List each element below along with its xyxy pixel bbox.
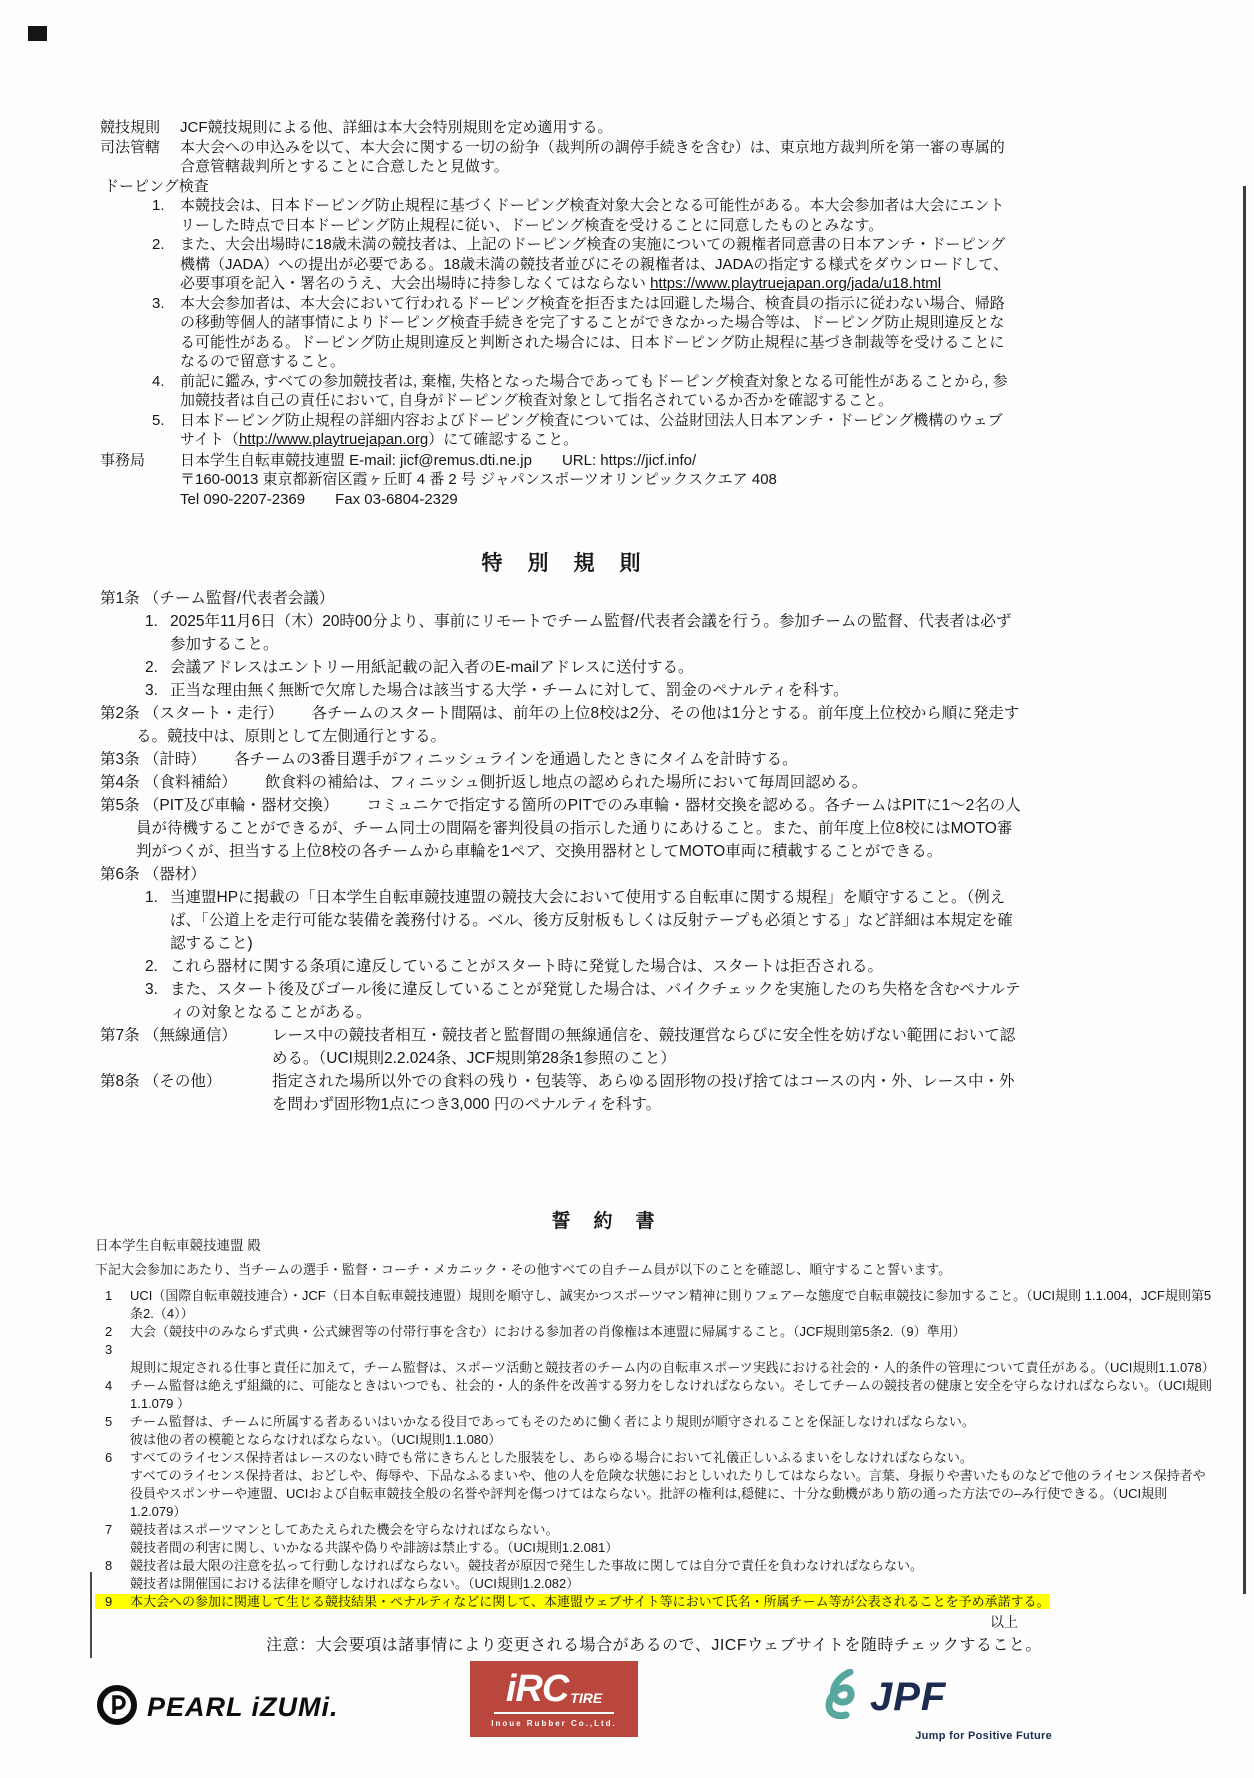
highlighted-text: 9本大会への参加に関連して生じる競技結果・ペナルティなどに関して、本連盟ウェブサ… — [95, 1594, 1050, 1609]
document-page: 競技規則JCF競技規則による他、詳細は本大会特別規則を定め適用する。司法管轄本大… — [0, 0, 1254, 1778]
general-rules-section: 競技規則JCF競技規則による他、詳細は本大会特別規則を定め適用する。司法管轄本大… — [100, 118, 1016, 509]
pledge-intro: 下記大会参加にあたり、当チームの選手・監督・コーチ・メカニック・その他すべての自… — [95, 1261, 1213, 1279]
item-text: 前記に鑑み, すべての参加競技者は, 棄権, 失格となった場合であってもドーピン… — [180, 373, 1008, 410]
doping-item: 4.前記に鑑み, すべての参加競技者は, 棄権, 失格となった場合であってもドー… — [100, 372, 1016, 411]
rule-label: 競技規則 — [100, 118, 180, 138]
jpf-row: JPF — [822, 1669, 1052, 1724]
article-item: 3.また、スタート後及びゴール後に違反していることが発覚した場合は、バイクチェッ… — [100, 978, 1024, 1024]
scan-corner-mark — [28, 26, 47, 41]
article: 第8条 （その他）指定された場所以外での食料の残り・包装等、あらゆる固形物の投げ… — [100, 1070, 1024, 1116]
item-number: 5. — [100, 411, 180, 431]
jpf-ribbon-icon — [822, 1669, 864, 1724]
pledge-closing: 以上 — [95, 1613, 1213, 1631]
item-number: 3 — [95, 1341, 130, 1359]
item-number: 1 — [95, 1287, 130, 1305]
change-notice: 注意：大会要項は諸事情により変更される場合があるので、JICFウェブサイトを随時… — [95, 1637, 1213, 1655]
pledge-item: 6すべてのライセンス保持者はレースのない時でも常にきちんとした服装をし、あらゆる… — [95, 1449, 1213, 1521]
article: 第6条 （器材）1.当連盟HPに掲載の「日本学生自転車競技連盟の競技大会において… — [100, 863, 1024, 1024]
office-line: 〒160-0013 東京都新宿区霞ヶ丘町 4 番 2 号 ジャパンスポーツオリン… — [180, 470, 1016, 490]
article-label: 第1条 （チーム監督/代表者会議） — [100, 590, 334, 607]
item-text: また、スタート後及びゴール後に違反していることが発覚した場合は、バイクチェックを… — [170, 981, 1021, 1021]
office-line: Tel 090-2207-2369 Fax 03-6804-2329 — [180, 490, 1016, 510]
item-number: 2. — [100, 955, 170, 978]
article-label: 第6条 （器材） — [100, 866, 206, 883]
rule-label: 司法管轄 — [100, 138, 180, 177]
article: 第4条 （食料補給）飲食料の補給は、フィニッシュ側折返し地点の認められた場所にお… — [100, 771, 1024, 794]
office-line: 日本学生自転車競技連盟 E-mail: jicf@remus.dti.ne.jp… — [180, 451, 1016, 471]
item-text: 正当な理由無く無断で欠席した場合は該当する大学・チームに対して、罰金のペナルティ… — [170, 682, 848, 699]
irc-tire-logo: iRC TIRE Inoue Rubber Co.,Ltd. — [470, 1661, 638, 1737]
pledge-heading: 誓 約 書 — [95, 1213, 1113, 1231]
article-label: 第2条 （スタート・走行） — [100, 705, 283, 722]
item-text: すべてのライセンス保持者はレースのない時でも常にきちんとした服装をし、あらゆる場… — [130, 1450, 1206, 1519]
article-item: 1.当連盟HPに掲載の「日本学生自転車競技連盟の競技大会において使用する自転車に… — [100, 886, 1024, 955]
irc-tire-text: TIRE — [570, 1691, 602, 1705]
office-row: 事務局日本学生自転車競技連盟 E-mail: jicf@remus.dti.ne… — [100, 451, 1016, 510]
item-number: 8 — [95, 1557, 130, 1575]
doping-item: 3.本大会参加者は、本大会において行われるドーピング検査を拒否または回避した場合… — [100, 294, 1016, 372]
article-label: 第5条 （PIT及び車輪・器材交換） — [100, 797, 339, 814]
article: 第7条 （無線通信）レース中の競技者相互・競技者と監督間の無線通信を、競技運営な… — [100, 1024, 1024, 1070]
article-body: 第5条 （PIT及び車輪・器材交換）コミュニケで指定する箇所のPITでのみ車輪・… — [100, 794, 1024, 863]
pledge-item: 3規則に規定される仕事と責任に加えて，チーム監督は、スポーツ活動と競技者のチーム… — [95, 1341, 1213, 1377]
doping-item: 2.また、大会出場時に18歳未満の競技者は、上記のドーピング検査の実施についての… — [100, 235, 1016, 294]
item-text: UCI（国際自転車競技連合）・JCF（日本自転車競技連盟）規則を順守し、誠実かつ… — [130, 1288, 1211, 1321]
item-text: 2025年11月6日（木）20時00分より、事前にリモートでチーム監督/代表者会… — [170, 613, 1011, 653]
article-heading: 第6条 （器材） — [100, 863, 1024, 886]
item-number: 5 — [95, 1413, 130, 1431]
article-body: 第2条 （スタート・走行）各チームのスタート間隔は、前年の上位8校は2分、その他… — [100, 702, 1024, 748]
pearl-izumi-logo: PEARL iZUMi. — [95, 1683, 339, 1732]
item-text: チーム監督は、チームに所属する者あるいはいかなる役目であってもそのために働く者に… — [130, 1414, 975, 1447]
pledge-item-list: 1UCI（国際自転車競技連合）・JCF（日本自転車競技連盟）規則を順守し、誠実か… — [95, 1287, 1213, 1611]
item-number: 4. — [100, 372, 180, 392]
special-rules-section: 特 別 規 則 第1条 （チーム監督/代表者会議）1.2025年11月6日（木）… — [100, 552, 1024, 1116]
irc-divider — [494, 1712, 614, 1714]
article-label: 第7条 （無線通信） — [100, 1024, 272, 1047]
rule-text: JCF競技規則による他、詳細は本大会特別規則を定め適用する。 — [180, 118, 1016, 138]
doping-heading: ドーピング検査 — [104, 177, 1016, 197]
doping-item: 1.本競技会は、日本ドーピング防止規程に基づくドーピング検査対象大会となる可能性… — [100, 196, 1016, 235]
article-body: 第3条 （計時）各チームの3番目選手がフィニッシュラインを通過したときにタイムを… — [100, 748, 1024, 771]
item-number: 1. — [100, 196, 180, 216]
scan-edge-line-left — [90, 1572, 92, 1658]
pledge-addressee: 日本学生自転車競技連盟 殿 — [95, 1237, 1213, 1255]
item-text: 本競技会は、日本ドーピング防止規程に基づくドーピング検査対象大会となる可能性があ… — [180, 197, 1004, 234]
item-text: 当連盟HPに掲載の「日本学生自転車競技連盟の競技大会において使用する自転車に関す… — [170, 889, 1013, 952]
article: 第3条 （計時）各チームの3番目選手がフィニッシュラインを通過したときにタイムを… — [100, 748, 1024, 771]
item-number: 2. — [100, 656, 170, 679]
item-text: 本大会参加者は、本大会において行われるドーピング検査を拒否または回避した場合、検… — [180, 295, 1005, 371]
item-number: 1. — [100, 886, 170, 909]
article: 第2条 （スタート・走行）各チームのスタート間隔は、前年の上位8校は2分、その他… — [100, 702, 1024, 748]
pledge-item: 8競技者は最大限の注意を払って行動しなければならない。競技者が原因で発生した事故… — [95, 1557, 1213, 1593]
rule-text: 本大会への申込みを以て、本大会に関する一切の紛争（裁判所の調停手続きを含む）は、… — [180, 138, 1016, 177]
irc-brandline: iRC TIRE — [506, 1670, 602, 1708]
external-link[interactable]: https://www.playtruejapan.org/jada/u18.h… — [650, 275, 941, 292]
item-text: また、大会出場時に18歳未満の競技者は、上記のドーピング検査の実施についての親権… — [180, 236, 1008, 292]
item-number: 3. — [100, 679, 170, 702]
pledge-item: 5チーム監督は、チームに所属する者あるいはいかなる役目であってもそのために働く者… — [95, 1413, 1213, 1449]
item-number: 4 — [95, 1377, 130, 1395]
office-lines: 日本学生自転車競技連盟 E-mail: jicf@remus.dti.ne.jp… — [180, 451, 1016, 510]
rule-row: 司法管轄本大会への申込みを以て、本大会に関する一切の紛争（裁判所の調停手続きを含… — [100, 138, 1016, 177]
external-link[interactable]: http://www.playtruejapan.org — [239, 431, 428, 448]
pledge-item: 4チーム監督は絶えず組織的に、可能なときはいつでも、社会的・人的条件を改善する努… — [95, 1377, 1213, 1413]
article-label: 第4条 （食料補給） — [100, 774, 237, 791]
pledge-section: 誓 約 書 日本学生自転車競技連盟 殿 下記大会参加にあたり、当チームの選手・監… — [95, 1213, 1213, 1655]
article-item: 3.正当な理由無く無断で欠席した場合は該当する大学・チームに対して、罰金のペナル… — [100, 679, 1024, 702]
pearl-izumi-icon — [95, 1683, 139, 1732]
item-text: 本大会への参加に関連して生じる競技結果・ペナルティなどに関して、本連盟ウェブサイ… — [130, 1594, 1050, 1609]
jpf-wordmark: JPF — [870, 1677, 946, 1717]
rule-row: 競技規則JCF競技規則による他、詳細は本大会特別規則を定め適用する。 — [100, 118, 1016, 138]
item-text: チーム監督は絶えず組織的に、可能なときはいつでも、社会的・人的条件を改善する努力… — [130, 1378, 1212, 1411]
article-item: 2.これら器材に関する条項に違反していることがスタート時に発覚した場合は、スター… — [100, 955, 1024, 978]
item-number: 2 — [95, 1323, 130, 1341]
item-number: 3. — [100, 294, 180, 314]
pledge-item: 2大会（競技中のみならず式典・公式練習等の付帯行事を含む）における参加者の肖像権… — [95, 1323, 1213, 1341]
article-body: 第7条 （無線通信）レース中の競技者相互・競技者と監督間の無線通信を、競技運営な… — [100, 1024, 1024, 1070]
scan-edge-line-right — [1243, 186, 1246, 1594]
jpf-logo: JPF Jump for Positive Future — [822, 1669, 1052, 1742]
item-number: 6 — [95, 1449, 130, 1467]
article-body: 第8条 （その他）指定された場所以外での食料の残り・包装等、あらゆる固形物の投げ… — [100, 1070, 1024, 1116]
pearl-izumi-wordmark: PEARL iZUMi. — [147, 1692, 339, 1723]
sponsor-logos-footer: PEARL iZUMi. iRC TIRE Inoue Rubber Co.,L… — [0, 1655, 1254, 1765]
item-number: 2. — [100, 235, 180, 255]
item-text: 日本ドーピング防止規程の詳細内容およびドーピング検査については、公益財団法人日本… — [180, 412, 1003, 449]
article: 第1条 （チーム監督/代表者会議）1.2025年11月6日（木）20時00分より… — [100, 587, 1024, 702]
item-text: 競技者はスポーツマンとしてあたえられた機会を守らなければならない。競技者間の利害… — [130, 1522, 618, 1555]
article-heading: 第1条 （チーム監督/代表者会議） — [100, 587, 1024, 610]
article-label: 第8条 （その他） — [100, 1070, 272, 1093]
articles-list: 第1条 （チーム監督/代表者会議）1.2025年11月6日（木）20時00分より… — [100, 587, 1024, 1116]
item-number: 9 — [95, 1593, 130, 1611]
rules-definition-list: 競技規則JCF競技規則による他、詳細は本大会特別規則を定め適用する。司法管轄本大… — [100, 118, 1016, 177]
irc-company-text: Inoue Rubber Co.,Ltd. — [491, 1719, 617, 1728]
doping-item: 5.日本ドーピング防止規程の詳細内容およびドーピング検査については、公益財団法人… — [100, 411, 1016, 450]
item-number: 7 — [95, 1521, 130, 1539]
irc-wordmark: iRC — [506, 1670, 568, 1708]
jpf-tagline: Jump for Positive Future — [822, 1730, 1052, 1742]
item-number: 1. — [100, 610, 170, 633]
pledge-item: 9本大会への参加に関連して生じる競技結果・ペナルティなどに関して、本連盟ウェブサ… — [95, 1593, 1213, 1611]
doping-item-list: 1.本競技会は、日本ドーピング防止規程に基づくドーピング検査対象大会となる可能性… — [100, 196, 1016, 450]
special-rules-heading: 特 別 規 則 — [100, 552, 1024, 575]
item-text: 競技者は最大限の注意を払って行動しなければならない。競技者が原因で発生した事故に… — [130, 1558, 923, 1591]
article: 第5条 （PIT及び車輪・器材交換）コミュニケで指定する箇所のPITでのみ車輪・… — [100, 794, 1024, 863]
article-body: 第4条 （食料補給）飲食料の補給は、フィニッシュ側折返し地点の認められた場所にお… — [100, 771, 1024, 794]
item-text: 会議アドレスはエントリー用紙記載の記入者のE-mailアドレスに送付する。 — [170, 659, 694, 676]
article-item: 2.会議アドレスはエントリー用紙記載の記入者のE-mailアドレスに送付する。 — [100, 656, 1024, 679]
article-item: 1.2025年11月6日（木）20時00分より、事前にリモートでチーム監督/代表… — [100, 610, 1024, 656]
pledge-item: 1UCI（国際自転車競技連合）・JCF（日本自転車競技連盟）規則を順守し、誠実か… — [95, 1287, 1213, 1323]
item-text: 大会（競技中のみならず式典・公式練習等の付帯行事を含む）における参加者の肖像権は… — [130, 1324, 966, 1339]
office-label: 事務局 — [100, 451, 180, 510]
item-number: 3. — [100, 978, 170, 1001]
article-label: 第3条 （計時） — [100, 751, 206, 768]
item-text: 規則に規定される仕事と責任に加えて，チーム監督は、スポーツ活動と競技者のチーム内… — [130, 1360, 1215, 1375]
pledge-item: 7競技者はスポーツマンとしてあたえられた機会を守らなければならない。競技者間の利… — [95, 1521, 1213, 1557]
item-text: これら器材に関する条項に違反していることがスタート時に発覚した場合は、スタートは… — [170, 958, 883, 975]
